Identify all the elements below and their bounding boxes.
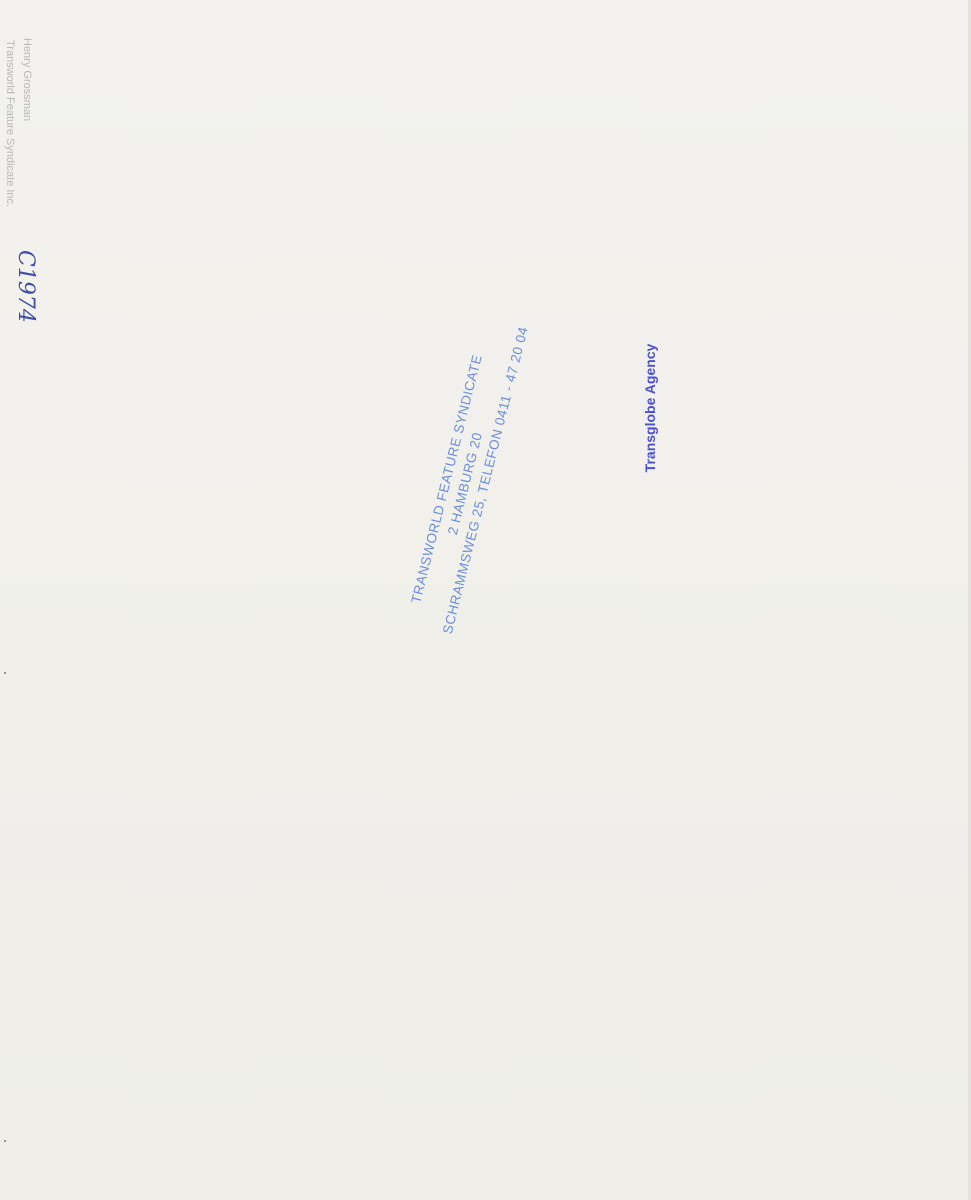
syndicate-credit: Transworld Feature Syndicate Inc.: [3, 40, 16, 207]
photo-back-paper: [0, 0, 971, 1200]
handwritten-note: C1974: [13, 250, 38, 323]
transglobe-stamp: Transglobe Agency: [642, 338, 658, 478]
speck: [4, 672, 6, 674]
photographer-credit: Henry Grossman: [20, 38, 33, 121]
speck: [4, 1140, 6, 1142]
